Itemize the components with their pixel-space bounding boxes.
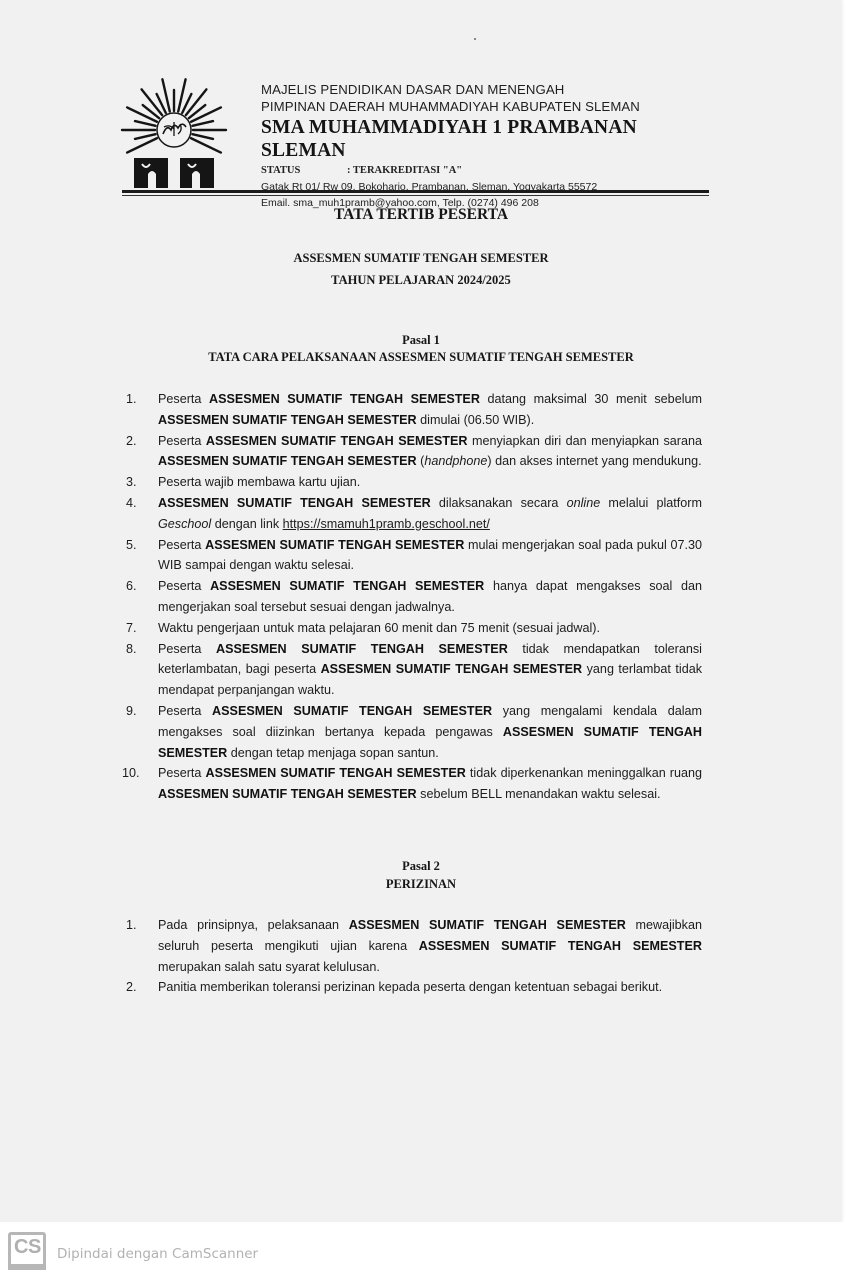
accreditation-status: STATUS: TERAKREDITASI "A" <box>261 163 721 179</box>
rule-number: 1. <box>126 915 137 936</box>
rule-number: 5. <box>126 535 137 556</box>
rule-text: sebelum BELL menandakan waktu selesai. <box>417 787 661 801</box>
rule-item: 1.Pada prinsipnya, pelaksanaan ASSESMEN … <box>122 915 702 977</box>
camscanner-watermark: Dipindai dengan CamScanner <box>57 1246 258 1262</box>
rule-text: Peserta <box>158 766 205 780</box>
emphasis-text: ASSESMEN SUMATIF TENGAH SEMESTER <box>205 766 465 780</box>
emphasis-text: ASSESMEN SUMATIF TENGAH SEMESTER <box>158 413 417 427</box>
rule-number: 2. <box>126 431 137 452</box>
rule-item: 2.Peserta ASSESMEN SUMATIF TENGAH SEMEST… <box>122 431 702 473</box>
rule-number: 4. <box>126 493 137 514</box>
emphasis-text: ASSESMEN SUMATIF TENGAH SEMESTER <box>158 454 417 468</box>
school-name: SMA MUHAMMADIYAH 1 PRAMBANAN SLEMAN <box>261 116 721 162</box>
institution-line-1: MAJELIS PENDIDIKAN DASAR DAN MENENGAH <box>261 81 721 98</box>
status-label: STATUS <box>261 163 347 179</box>
camscanner-logo-bar <box>8 1264 46 1270</box>
rule-number: 8. <box>126 639 137 660</box>
rule-text: online <box>567 496 601 510</box>
document-title: TATA TERTIB PESERTA <box>0 206 842 224</box>
emphasis-text: ASSESMEN SUMATIF TENGAH SEMESTER <box>349 918 626 932</box>
rule-text: merupakan salah satu syarat kelulusan. <box>158 960 380 974</box>
rule-text: dengan tetap menjaga sopan santun. <box>227 746 438 760</box>
emphasis-text: ASSESMEN SUMATIF TENGAH SEMESTER <box>419 939 702 953</box>
muhammadiyah-sun-emblem-icon <box>116 78 232 190</box>
pasal-2-heading: PERIZINAN <box>0 877 842 892</box>
emphasis-text: ASSESMEN SUMATIF TENGAH SEMESTER <box>210 579 484 593</box>
rule-text: Peserta <box>158 704 212 718</box>
rule-number: 1. <box>126 389 137 410</box>
rule-text: dilaksanakan secara <box>431 496 567 510</box>
academic-year: TAHUN PELAJARAN 2024/2025 <box>0 273 842 288</box>
pasal-1-rules-list: 1.Peserta ASSESMEN SUMATIF TENGAH SEMEST… <box>122 389 702 805</box>
emphasis-text: ASSESMEN SUMATIF TENGAH SEMESTER <box>216 642 508 656</box>
document: MAJELIS PENDIDIKAN DASAR DAN MENENGAH PI… <box>0 0 842 1222</box>
camscanner-logo-icon: CS <box>8 1232 46 1270</box>
rule-text: dengan link <box>211 517 282 531</box>
rule-text: menyiapkan diri dan menyiapkan sarana <box>467 434 702 448</box>
institution-line-2: PIMPINAN DAERAH MUHAMMADIYAH KABUPATEN S… <box>261 98 721 115</box>
rule-number: 6. <box>126 576 137 597</box>
rule-text: datang maksimal 30 menit sebelum <box>480 392 702 406</box>
rule-item: 2.Panitia memberikan toleransi perizinan… <box>122 977 702 998</box>
pasal-1-heading: TATA CARA PELAKSANAAN ASSESMEN SUMATIF T… <box>0 350 842 365</box>
pasal-1-number: Pasal 1 <box>0 333 842 348</box>
rule-item: 3.Peserta wajib membawa kartu ujian. <box>122 472 702 493</box>
emphasis-text: ASSESMEN SUMATIF TENGAH SEMESTER <box>205 538 464 552</box>
letterhead-rule-thin <box>122 195 709 196</box>
scan-speck <box>474 38 476 40</box>
rule-item: 5.Peserta ASSESMEN SUMATIF TENGAH SEMEST… <box>122 535 702 577</box>
exam-platform-link[interactable]: https://smamuh1pramb.geschool.net/ <box>283 517 490 531</box>
rule-text: Peserta <box>158 434 206 448</box>
letterhead-rule-thick <box>122 190 709 193</box>
rule-item: 7.Waktu pengerjaan untuk mata pelajaran … <box>122 618 702 639</box>
emphasis-text: ASSESMEN SUMATIF TENGAH SEMESTER <box>209 392 480 406</box>
rule-item: 6.Peserta ASSESMEN SUMATIF TENGAH SEMEST… <box>122 576 702 618</box>
rule-item: 4.ASSESMEN SUMATIF TENGAH SEMESTER dilak… <box>122 493 702 535</box>
rule-text: Peserta <box>158 579 210 593</box>
rule-text: Peserta wajib membawa kartu ujian. <box>158 475 360 489</box>
document-subtitle: ASSESMEN SUMATIF TENGAH SEMESTER <box>0 251 842 266</box>
pasal-2-rules-list: 1.Pada prinsipnya, pelaksanaan ASSESMEN … <box>122 915 702 998</box>
rule-number: 10. <box>122 763 140 784</box>
emphasis-text: ASSESMEN SUMATIF TENGAH SEMESTER <box>158 496 431 510</box>
rule-number: 7. <box>126 618 137 639</box>
rule-text: dimulai (06.50 WIB). <box>417 413 535 427</box>
rule-text: Pada prinsipnya, pelaksanaan <box>158 918 349 932</box>
rule-text: Peserta <box>158 642 216 656</box>
emphasis-text: ASSESMEN SUMATIF TENGAH SEMESTER <box>212 704 492 718</box>
rule-number: 2. <box>126 977 137 998</box>
camscanner-logo-text: CS <box>14 1236 41 1259</box>
rule-text: Peserta <box>158 538 205 552</box>
rule-item: 8.Peserta ASSESMEN SUMATIF TENGAH SEMEST… <box>122 639 702 701</box>
emphasis-text: ASSESMEN SUMATIF TENGAH SEMESTER <box>158 787 417 801</box>
rule-item: 10.Peserta ASSESMEN SUMATIF TENGAH SEMES… <box>122 763 702 805</box>
rule-text: Panitia memberikan toleransi perizinan k… <box>158 980 662 994</box>
rule-text: melalui platform <box>600 496 702 510</box>
rule-number: 3. <box>126 472 137 493</box>
pasal-2-number: Pasal 2 <box>0 859 842 874</box>
rule-text: Peserta <box>158 392 209 406</box>
rule-text: ) dan akses internet yang mendukung. <box>487 454 701 468</box>
rule-text: Geschool <box>158 517 211 531</box>
emphasis-text: ASSESMEN SUMATIF TENGAH SEMESTER <box>206 434 468 448</box>
status-value: : TERAKREDITASI "A" <box>347 165 462 176</box>
rule-text: Waktu pengerjaan untuk mata pelajaran 60… <box>158 621 600 635</box>
rule-item: 9.Peserta ASSESMEN SUMATIF TENGAH SEMEST… <box>122 701 702 763</box>
rule-number: 9. <box>126 701 137 722</box>
rule-text: tidak diperkenankan meninggalkan ruang <box>466 766 702 780</box>
rule-text: handphone <box>424 454 487 468</box>
emphasis-text: ASSESMEN SUMATIF TENGAH SEMESTER <box>321 662 583 676</box>
rule-item: 1.Peserta ASSESMEN SUMATIF TENGAH SEMEST… <box>122 389 702 431</box>
